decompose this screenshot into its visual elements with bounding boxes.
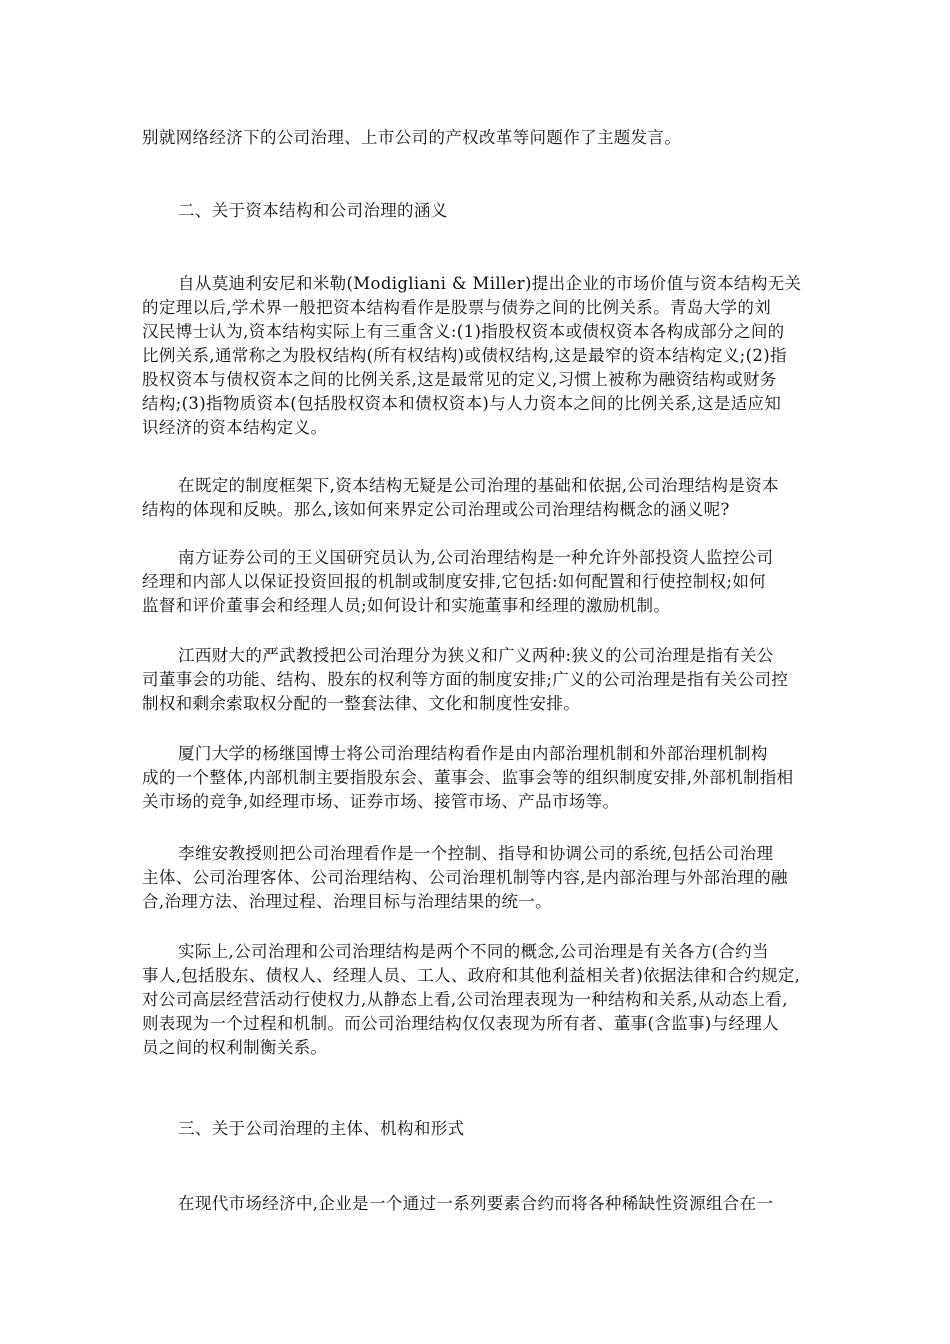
paragraph-line: 自从莫迪利安尼和米勒(Modigliani & Miller)提出企业的市场价值…: [178, 272, 801, 296]
paragraph-line: 制权和剩余索取权分配的一整套法律、文化和制度性安排。: [142, 692, 580, 716]
document-page: 别就网络经济下的公司治理、上市公司的产权改革等问题作了主题发言。 二、关于资本结…: [0, 0, 950, 1344]
paragraph-line: 司董事会的功能、结构、股东的权利等方面的制度安排;广义的公司治理是指有关公司控: [142, 668, 788, 692]
paragraph-line: 则表现为一个过程和机制。而公司治理结构仅仅表现为所有者、董事(含监事)与经理人: [142, 1012, 779, 1036]
paragraph-line: 关市场的竞争,如经理市场、证券市场、接管市场、产品市场等。: [142, 790, 619, 814]
section-heading: 二、关于资本结构和公司治理的涵义: [178, 199, 448, 223]
paragraph-line: 识经济的资本结构定义。: [142, 416, 327, 440]
paragraph-line: 实际上,公司治理和公司治理结构是两个不同的概念,公司治理是有关各方(合约当: [178, 940, 769, 964]
paragraph-line: 厦门大学的杨继国博士将公司治理结构看作是由内部治理机制和外部治理机制构: [178, 742, 768, 766]
paragraph-line: 汉民博士认为,资本结构实际上有三重含义:(1)指股权资本或债权资本各构成部分之间…: [142, 320, 785, 344]
paragraph-line: 事人,包括股东、债权人、经理人员、工人、政府和其他利益相关者)依据法律和合约规定…: [142, 964, 800, 988]
paragraph-line: 成的一个整体,内部机制主要指股东会、董事会、监事会等的组织制度安排,外部机制指相: [142, 766, 794, 790]
paragraph-line: 的定理以后,学术界一般把资本结构看作是股票与债券之间的比例关系。青岛大学的刘: [142, 296, 771, 320]
paragraph-line: 主体、公司治理客体、公司治理结构、公司治理机制等内容,是内部治理与外部治理的融: [142, 866, 788, 890]
paragraph-line: 合,治理方法、治理过程、治理目标与治理结果的统一。: [142, 890, 552, 914]
paragraph-line: 南方证券公司的王义国研究员认为,公司治理结构是一种允许外部投资人监控公司: [178, 546, 773, 570]
paragraph-line: 结构;(3)指物质资本(包括股权资本和债权资本)与人力资本之间的比例关系,这是适…: [142, 392, 781, 416]
section-heading: 三、关于公司治理的主体、机构和形式: [178, 1117, 464, 1141]
paragraph-line: 比例关系,通常称之为股权结构(所有权结构)或债权结构,这是最窄的资本结构定义;(…: [142, 344, 787, 368]
paragraph-line: 江西财大的严武教授把公司治理分为狭义和广义两种:狭义的公司治理是指有关公: [178, 644, 774, 668]
paragraph-line: 别就网络经济下的公司治理、上市公司的产权改革等问题作了主题发言。: [142, 126, 681, 150]
paragraph-line: 对公司高层经营活动行使权力,从静态上看,公司治理表现为一种结构和关系,从动态上看…: [142, 988, 788, 1012]
paragraph-line: 经理和内部人以保证投资回报的机制或制度安排,它包括:如何配置和行使控制权;如何: [142, 570, 766, 594]
paragraph-line: 结构的体现和反映。那么,该如何来界定公司治理或公司治理结构概念的涵义呢?: [142, 498, 730, 522]
paragraph-line: 员之间的权利制衡关系。: [142, 1036, 327, 1060]
paragraph-line: 在现代市场经济中,企业是一个通过一系列要素合约而将各种稀缺性资源组合在一: [178, 1192, 773, 1216]
paragraph-line: 监督和评价董事会和经理人员;如何设计和实施董事和经理的激励机制。: [142, 594, 670, 618]
paragraph-line: 李维安教授则把公司治理看作是一个控制、指导和协调公司的系统,包括公司治理: [178, 842, 773, 866]
paragraph-line: 股权资本与债权资本之间的比例关系,这是最常见的定义,习惯上被称为融资结构或财务: [142, 368, 777, 392]
paragraph-line: 在既定的制度框架下,资本结构无疑是公司治理的基础和依据,公司治理结构是资本: [178, 474, 779, 498]
